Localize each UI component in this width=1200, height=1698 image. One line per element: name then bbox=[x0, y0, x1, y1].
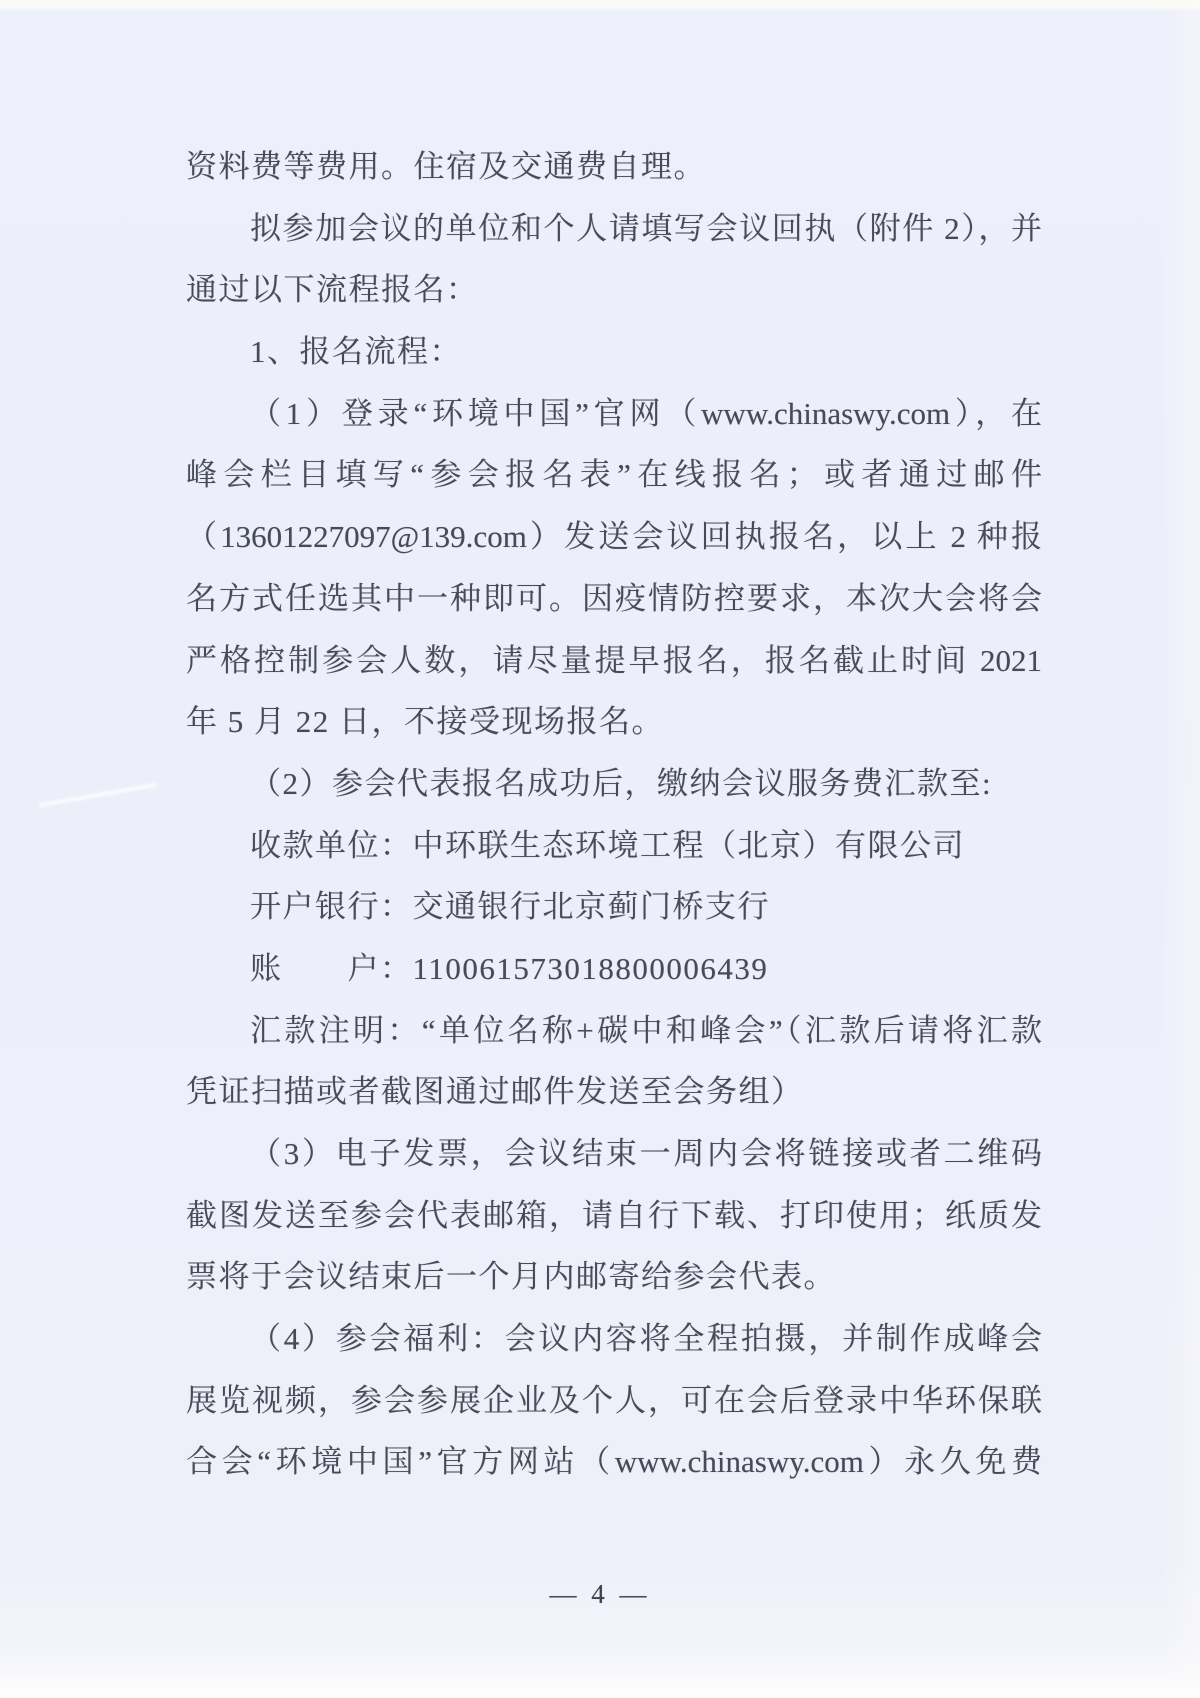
text-line: （13601227097@139.com）发送会议回执报名，以上 2 种报 bbox=[186, 506, 1042, 568]
text-line: 峰会栏目填写“参会报名表”在线报名；或者通过邮件 bbox=[186, 444, 1042, 506]
text-line: 展览视频，参会参展企业及个人，可在会后登录中华环保联 bbox=[186, 1370, 1042, 1432]
text-line: 名方式任选其中一种即可。因疫情防控要求，本次大会将会 bbox=[186, 568, 1042, 630]
text-line: 截图发送至参会代表邮箱，请自行下载、打印使用；纸质发 bbox=[186, 1185, 1042, 1247]
text-line: 通过以下流程报名： bbox=[186, 259, 1042, 321]
paper-crease-artifact bbox=[39, 783, 158, 808]
text-line: 凭证扫描或者截图通过邮件发送至会务组） bbox=[186, 1061, 1042, 1123]
text-line: 1、报名流程： bbox=[186, 321, 1042, 383]
page-number: — 4 — bbox=[0, 1566, 1200, 1622]
text-line: 资料费等费用。住宿及交通费自理。 bbox=[186, 136, 1042, 198]
text-line: 年 5 月 22 日，不接受现场报名。 bbox=[186, 691, 1042, 753]
document-body: 资料费等费用。住宿及交通费自理。拟参加会议的单位和个人请填写会议回执（附件 2）… bbox=[186, 136, 1042, 1493]
text-line: 严格控制参会人数，请尽量提早报名，报名截止时间 2021 bbox=[186, 630, 1042, 692]
text-line: 账 户：110061573018800006439 bbox=[186, 938, 1042, 1000]
text-line: （3）电子发票，会议结束一周内会将链接或者二维码 bbox=[186, 1123, 1042, 1185]
text-line: 合会“环境中国”官方网站（www.chinaswy.com）永久免费 bbox=[186, 1431, 1042, 1493]
text-line: （2）参会代表报名成功后，缴纳会议服务费汇款至: bbox=[186, 753, 1042, 815]
text-line: 拟参加会议的单位和个人请填写会议回执（附件 2），并 bbox=[186, 198, 1042, 260]
text-line: （1）登录“环境中国”官网（www.chinaswy.com），在 bbox=[186, 383, 1042, 445]
text-line: 票将于会议结束后一个月内邮寄给参会代表。 bbox=[186, 1246, 1042, 1308]
scan-edge-highlight bbox=[1160, 0, 1200, 1698]
text-line: 汇款注明：“单位名称+碳中和峰会”（汇款后请将汇款 bbox=[186, 1000, 1042, 1062]
text-line: 开户银行：交通银行北京蓟门桥支行 bbox=[186, 876, 1042, 938]
text-line: （4）参会福利：会议内容将全程拍摄，并制作成峰会 bbox=[186, 1308, 1042, 1370]
scanned-document-page: 资料费等费用。住宿及交通费自理。拟参加会议的单位和个人请填写会议回执（附件 2）… bbox=[0, 0, 1200, 1698]
text-line: 收款单位：中环联生态环境工程（北京）有限公司 bbox=[186, 815, 1042, 877]
